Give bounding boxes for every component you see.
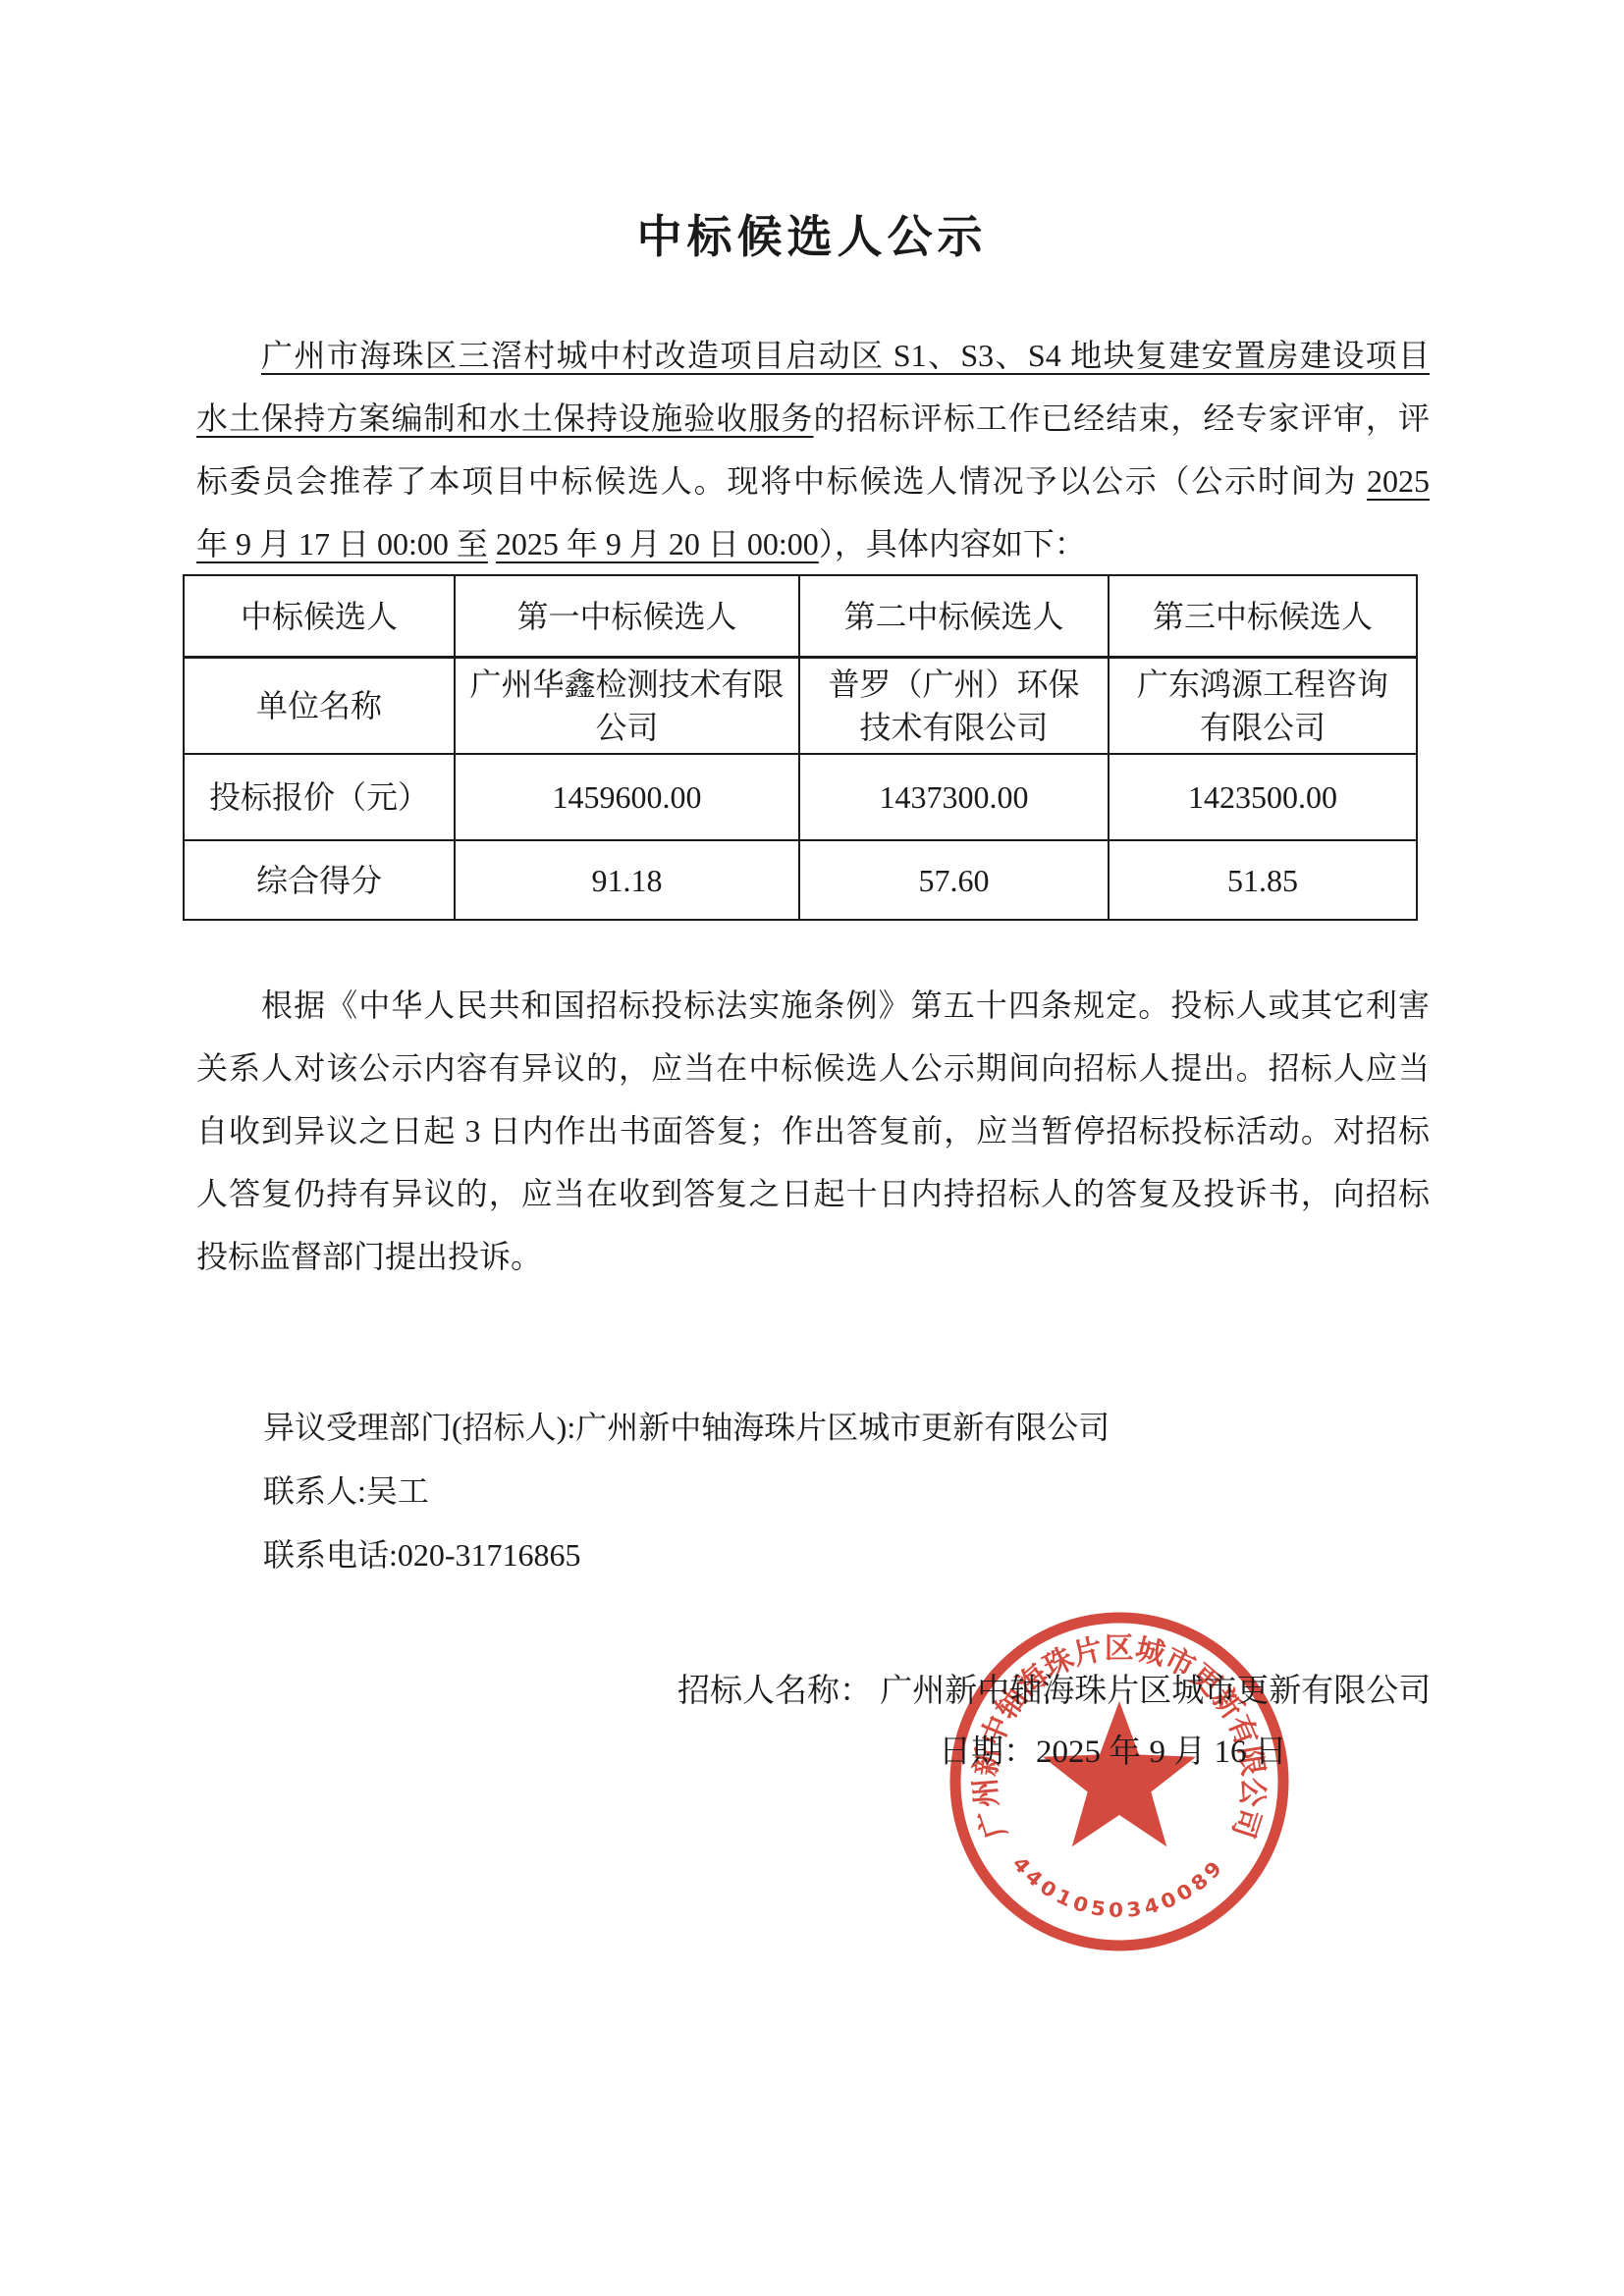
table-cell: 1437300.00 — [799, 754, 1109, 840]
table-cell: 51.85 — [1109, 840, 1417, 920]
contact-dept-line: 异议受理部门(招标人):广州新中轴海珠片区城市更新有限公司 — [263, 1396, 1110, 1460]
row-label-cell: 综合得分 — [184, 840, 455, 920]
table-cell: 广州华鑫检测技术有限公司 — [455, 658, 799, 755]
table-row: 中标候选人 第一中标候选人 第二中标候选人 第三中标候选人 — [184, 575, 1417, 658]
document-page: 中标候选人公示 广州市海珠区三滘村城中村改造项目启动区 S1、S3、S4 地块复… — [0, 0, 1624, 2296]
table-header-cell: 第三中标候选人 — [1109, 575, 1417, 658]
text-segment-underlined: 2025 — [1367, 463, 1430, 499]
text-segment-underlined: 水土保持方案编制和水土保持设施验收服务 — [196, 400, 814, 436]
text-segment — [488, 526, 496, 561]
paragraph-line: 根据《中华人民共和国招标投标法实施条例》第五十四条规定。投标人或其它利害 — [196, 974, 1430, 1037]
text-segment-underlined: 广州市海珠区三滘村城中村改造项目启动区 S1、S3、S4 地块复建安置房建设项目 — [261, 338, 1430, 373]
objection-paragraph: 根据《中华人民共和国招标投标法实施条例》第五十四条规定。投标人或其它利害 关系人… — [196, 974, 1430, 1288]
paragraph-line: 关系人对该公示内容有异议的，应当在中标候选人公示期间向招标人提出。招标人应当 — [196, 1037, 1430, 1099]
row-label-cell: 投标报价（元） — [184, 754, 455, 840]
paragraph-line: 投标监督部门提出投诉。 — [196, 1225, 1430, 1288]
paragraph-line: 水土保持方案编制和水土保持设施验收服务的招标评标工作已经结束，经专家评审，评 — [196, 387, 1430, 450]
table-header-cell: 第二中标候选人 — [799, 575, 1109, 658]
table-cell: 57.60 — [799, 840, 1109, 920]
table-row: 投标报价（元） 1459600.00 1437300.00 1423500.00 — [184, 754, 1417, 840]
row-label-cell: 单位名称 — [184, 658, 455, 755]
table-cell: 91.18 — [455, 840, 799, 920]
table-row: 单位名称 广州华鑫检测技术有限公司 普罗（广州）环保技术有限公司 广东鸿源工程咨… — [184, 658, 1417, 755]
text-segment: 的招标评标工作已经结束，经专家评审，评 — [814, 400, 1430, 436]
paragraph-line: 标委员会推荐了本项目中标候选人。现将中标候选人情况予以公示（公示时间为 2025 — [196, 450, 1430, 512]
seal-number-arc-text: 4401050340089 — [1008, 1851, 1229, 1921]
paragraph-line: 广州市海珠区三滘村城中村改造项目启动区 S1、S3、S4 地块复建安置房建设项目 — [196, 324, 1430, 387]
table-cell: 1423500.00 — [1109, 754, 1417, 840]
text-segment: ），具体内容如下： — [819, 526, 1086, 561]
table-cell: 普罗（广州）环保技术有限公司 — [799, 658, 1109, 755]
contact-phone-line: 联系电话:020-31716865 — [263, 1523, 1110, 1587]
candidates-table: 中标候选人 第一中标候选人 第二中标候选人 第三中标候选人 单位名称 广州华鑫检… — [183, 574, 1418, 921]
text-segment-underlined: 2025 年 9 月 20 日 00:00 — [496, 526, 819, 561]
intro-paragraph: 广州市海珠区三滘村城中村改造项目启动区 S1、S3、S4 地块复建安置房建设项目… — [196, 324, 1430, 575]
text-segment-underlined: 年 9 月 17 日 00:00 至 — [196, 526, 488, 561]
page-title: 中标候选人公示 — [0, 201, 1624, 266]
official-seal: 广州新中轴海珠片区城市更新有限公司 4401050340089 — [943, 1603, 1296, 1956]
table-cell: 广东鸿源工程咨询有限公司 — [1109, 658, 1417, 755]
seal-number-arc: 4401050340089 — [1008, 1851, 1229, 1921]
date-line: 日期：2025 年 9 月 16 日 — [939, 1728, 1287, 1777]
paragraph-line: 自收到异议之日起 3 日内作出书面答复；作出答复前，应当暂停招标投标活动。对招标 — [196, 1099, 1430, 1162]
contact-person-line: 联系人:吴工 — [263, 1460, 1110, 1523]
table-header-cell: 第一中标候选人 — [455, 575, 799, 658]
text-segment: 标委员会推荐了本项目中标候选人。现将中标候选人情况予以公示（公示时间为 — [196, 463, 1367, 499]
contact-block: 异议受理部门(招标人):广州新中轴海珠片区城市更新有限公司 联系人:吴工 联系电… — [263, 1396, 1110, 1587]
table-cell: 1459600.00 — [455, 754, 799, 840]
table-row: 综合得分 91.18 57.60 51.85 — [184, 840, 1417, 920]
table-header-cell: 中标候选人 — [184, 575, 455, 658]
paragraph-line: 年 9 月 17 日 00:00 至 2025 年 9 月 20 日 00:00… — [196, 512, 1430, 575]
paragraph-line: 人答复仍持有异议的，应当在收到答复之日起十日内持招标人的答复及投诉书，向招标 — [196, 1162, 1430, 1225]
bidder-name-line: 招标人名称： 广州新中轴海珠片区城市更新有限公司 — [677, 1667, 1431, 1716]
